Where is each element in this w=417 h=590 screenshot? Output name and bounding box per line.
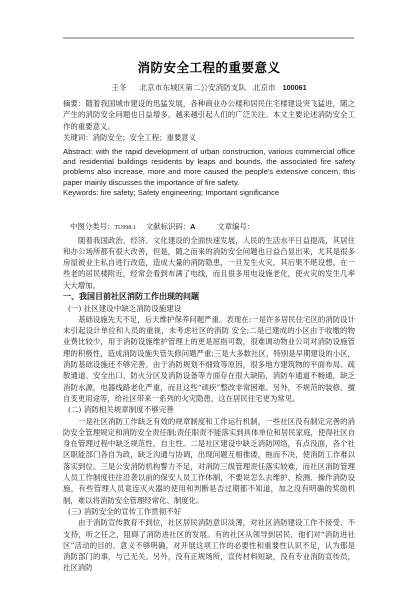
author-affiliation: 北京市东城区第二公安消防支队: [140, 83, 246, 92]
author-line: 王冬北京市东城区第二公安消防支队北京市100061: [63, 83, 355, 92]
intro-paragraph: 随着我国政治、经济、文化建设的全面快速发展，人民的生活水平日益提高，其居住和办公…: [63, 235, 355, 291]
subsection-2-paragraph: 一是社区消防工作缺乏有效的规章制度和工作运行机制，一些社区没有制定完善的消防安全…: [63, 416, 355, 506]
doc-code-value: A: [190, 224, 195, 231]
document-page: 消防安全工程的重要意义 王冬北京市东城区第二公安消防支队北京市100061 摘要…: [0, 0, 417, 590]
abstract-cn: 摘要：随着我国城市建设的迅猛发展，各种商业办公楼和居民住宅楼建设突飞猛进，随之产…: [63, 98, 355, 132]
keywords-cn: 关键词：消防安全；安全工程；重要意义: [63, 132, 355, 143]
author-postcode: 100061: [283, 83, 307, 92]
page-title: 消防安全工程的重要意义: [63, 60, 355, 75]
author-city: 北京市: [253, 83, 276, 92]
section-1-heading: 一、我国目前社区消防工作出现的问题: [63, 291, 355, 303]
clc-value: TU998.1: [114, 225, 136, 231]
abstract-en: Abstract: with the rapid development of …: [63, 147, 355, 188]
meta-line: 中图分类号：TU998.1文献标识码：A文章编号：: [63, 221, 355, 234]
subsection-3-paragraph: 由于消防宣传教育不到位，社区居民消防意识淡薄，对社区消防建设工作不接受、不支持，…: [63, 517, 355, 573]
clc-label: 中图分类号：: [70, 222, 114, 231]
doc-code-label: 文献标识码：: [146, 222, 190, 231]
page-content: 消防安全工程的重要意义 王冬北京市东城区第二公安消防支队北京市100061 摘要…: [63, 0, 355, 574]
author-name: 王冬: [111, 83, 126, 92]
keywords-en: Keywords: fire safety; Safety engineerin…: [63, 188, 355, 198]
subsection-1-paragraph: 基础设施先天不足，后天维护保养问题严重。表现在:一是许多居民住宅区的消防设计未引…: [63, 314, 355, 404]
subsection-2-heading: (二) 消防相关规章制度不够完善: [63, 404, 355, 415]
article-no-label: 文章编号：: [217, 222, 254, 231]
subsection-3-heading: (三) 消防安全的宣传工作贯彻不好: [63, 506, 355, 517]
subsection-1-heading: (一) 社区建设中缺乏消防设施建设: [63, 303, 355, 314]
